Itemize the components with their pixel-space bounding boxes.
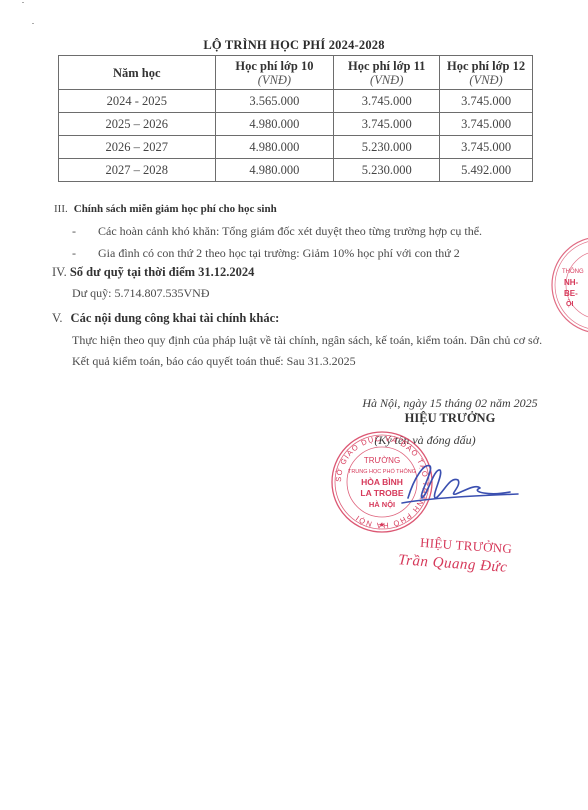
cell-grade-11: 5.230.000: [334, 136, 440, 159]
table-row: 2024 - 2025 3.565.000 3.745.000 3.745.00…: [59, 90, 533, 113]
table-row: 2025 – 2026 4.980.000 3.745.000 3.745.00…: [59, 113, 533, 136]
header-grade-10: Học phí lớp 10(VNĐ): [215, 56, 334, 90]
header-school-year: Năm học: [59, 56, 216, 90]
cell-grade-12: 3.745.000: [440, 90, 533, 113]
cell-grade-11: 3.745.000: [334, 90, 440, 113]
tuition-table: Năm học Học phí lớp 10(VNĐ) Học phí lớp …: [58, 55, 533, 182]
section-5-heading: V.Các nội dung công khai tài chính khác:: [52, 311, 279, 326]
svg-text:HÒA BÌNH: HÒA BÌNH: [361, 476, 403, 487]
partial-seal-icon: THÔNG NH- BE- ỘI: [548, 235, 588, 335]
cell-grade-12: 3.745.000: [440, 136, 533, 159]
cell-grade-10: 4.980.000: [215, 136, 334, 159]
section-5-line: Thực hiện theo quy định của pháp luật về…: [72, 333, 542, 348]
table-header-row: Năm học Học phí lớp 10(VNĐ) Học phí lớp …: [59, 56, 533, 90]
cell-year: 2024 - 2025: [59, 90, 216, 113]
table-row: 2026 – 2027 4.980.000 5.230.000 3.745.00…: [59, 136, 533, 159]
signer-title: HIỆU TRƯỞNG: [330, 411, 570, 426]
cell-grade-12: 5.492.000: [440, 159, 533, 182]
svg-text:THÔNG: THÔNG: [562, 268, 584, 275]
section-3-bullet: -Các hoàn cảnh khó khăn: Tổng giám đốc x…: [72, 224, 482, 239]
section-3-heading: III.Chính sách miễn giảm học phí cho học…: [54, 203, 277, 215]
scan-speck: [22, 2, 24, 3]
signature-icon: [400, 458, 520, 508]
svg-text:ỘI: ỘI: [566, 299, 573, 308]
svg-text:TRƯỜNG: TRƯỜNG: [364, 456, 400, 465]
section-5-line: Kết quả kiểm toán, báo cáo quyết toán th…: [72, 354, 356, 369]
table-row: 2027 – 2028 4.980.000 5.230.000 5.492.00…: [59, 159, 533, 182]
svg-text:NH-: NH-: [564, 278, 579, 287]
cell-grade-10: 3.565.000: [215, 90, 334, 113]
section-4-heading: IV. Số dư quỹ tại thời điểm 31.12.2024: [52, 265, 254, 280]
cell-year: 2026 – 2027: [59, 136, 216, 159]
table-title: LỘ TRÌNH HỌC PHÍ 2024-2028: [0, 38, 588, 53]
section-3-bullet: -Gia đình có con thứ 2 theo học tại trườ…: [72, 246, 460, 261]
signer-name: Trần Quang Đức: [398, 552, 508, 577]
cell-grade-10: 4.980.000: [215, 113, 334, 136]
svg-text:★: ★: [379, 521, 385, 529]
place-date: Hà Nội, ngày 15 tháng 02 năm 2025: [330, 396, 570, 411]
svg-text:LA TROBE: LA TROBE: [360, 488, 403, 498]
cell-grade-11: 5.230.000: [334, 159, 440, 182]
cell-grade-12: 3.745.000: [440, 113, 533, 136]
svg-text:BE-: BE-: [564, 289, 578, 298]
fund-balance: Dư quỹ: 5.714.807.535VNĐ: [72, 286, 210, 301]
cell-year: 2027 – 2028: [59, 159, 216, 182]
cell-grade-11: 3.745.000: [334, 113, 440, 136]
svg-text:HÀ NỘI: HÀ NỘI: [369, 500, 395, 509]
cell-grade-10: 4.980.000: [215, 159, 334, 182]
header-grade-11: Học phí lớp 11(VNĐ): [334, 56, 440, 90]
scan-speck: [32, 23, 34, 24]
cell-year: 2025 – 2026: [59, 113, 216, 136]
header-grade-12: Học phí lớp 12(VNĐ): [440, 56, 533, 90]
